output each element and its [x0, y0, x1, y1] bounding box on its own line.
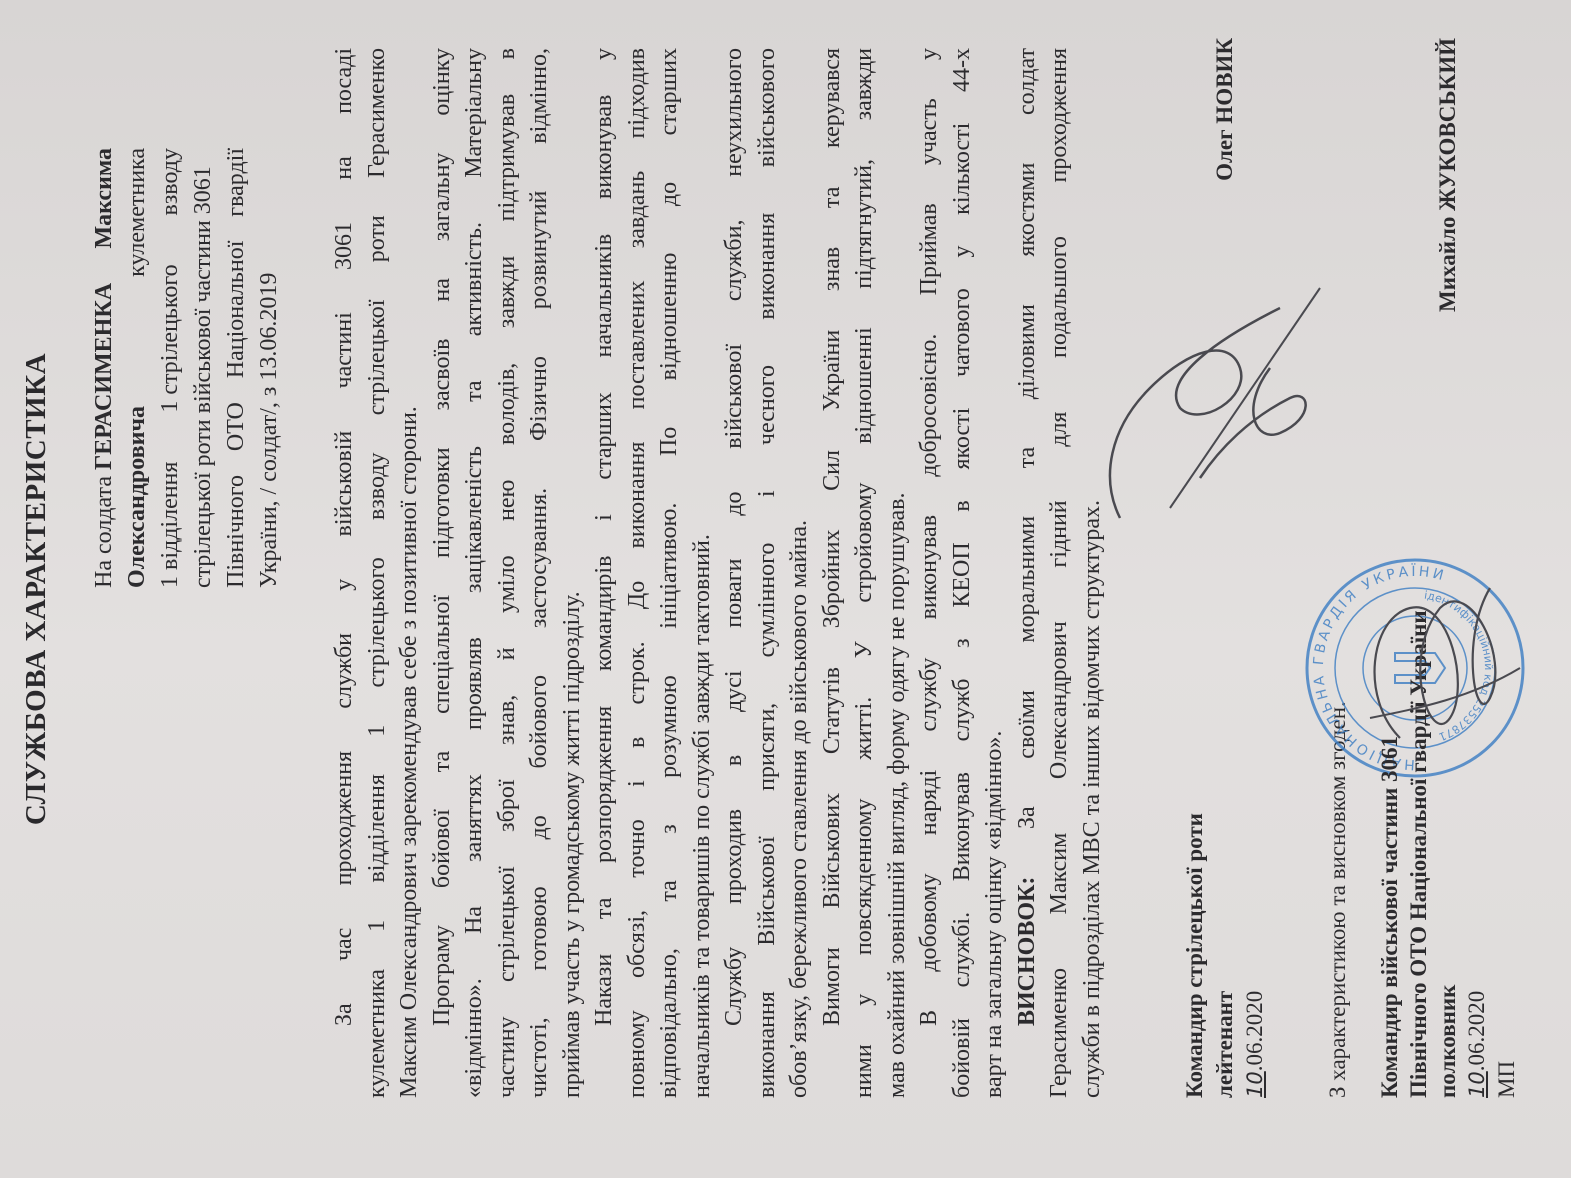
seal-mark: МП — [1492, 1061, 1521, 1098]
conclusion-paragraph: ВИСНОВОК: За своїми моральними та ділови… — [1011, 48, 1109, 1098]
body-paragraph: Накази та розпорядження командирів і ста… — [588, 48, 718, 1098]
body-paragraph: В добовому наряді службу виконував добро… — [913, 48, 1011, 1098]
document-body: За час проходження служби у військовій ч… — [328, 48, 1108, 1098]
signatory2-position-line2: Північного ОТО Національної гвардії Укра… — [1404, 610, 1433, 1098]
header-line-1: На солдата ГЕРАСИМЕНКА Максима — [88, 148, 121, 588]
first-name: Максима — [88, 148, 121, 249]
signatory2-rank: полковник — [1433, 985, 1462, 1098]
signatory1-date: 10.06.2020 — [1240, 991, 1270, 1098]
paragraph-list: За час проходження служби у військовій ч… — [328, 48, 1011, 1098]
signatory2-name: Михайло ЖУКОВСЬКИЙ — [1433, 38, 1462, 312]
signatory-block-1: Командир стрілецької роти лейтенант Олег… — [1180, 38, 1270, 1098]
document-title: СЛУЖБОВА ХАРАКТЕРИСТИКА — [20, 0, 53, 1178]
patronymic: Олександровича — [121, 406, 154, 588]
surname: ГЕРАСИМЕНКА — [91, 283, 117, 470]
agreement-line: З характеристикою та висновком згоден. — [1325, 701, 1351, 1098]
conclusion-label: ВИСНОВОК: — [1014, 877, 1040, 1026]
header-addressee-block: На солдата ГЕРАСИМЕНКА Максима Олександр… — [88, 148, 286, 588]
document-page: СЛУЖБОВА ХАРАКТЕРИСТИКА На солдата ГЕРАС… — [0, 0, 1571, 1178]
signatory1-position: Командир стрілецької роти — [1180, 813, 1210, 1098]
signatory1-name: Олег НОВИК — [1210, 38, 1240, 181]
signatory2-position-line1: Командир військової частини 3061 — [1375, 736, 1404, 1098]
body-paragraph: Програму бойової та спеціальної підготов… — [426, 48, 589, 1098]
header-line-5: Північного ОТО Національної гвардії — [220, 148, 253, 588]
header-line-3: 1 відділення 1 стрілецького взводу — [154, 148, 187, 588]
header-line-4: стрілецької роти військової частини 3061 — [187, 148, 220, 588]
signatory-block-2: Командир військової частини 3061 Північн… — [1375, 38, 1521, 1098]
body-paragraph: Службу проходив в дусі поваги до військо… — [718, 48, 816, 1098]
header-line-2: Олександровича кулеметника — [121, 148, 154, 588]
signatory1-rank: лейтенант — [1210, 991, 1240, 1098]
header-line-6: України, / солдат/, з 13.06.2019 — [253, 148, 286, 588]
signatory2-date: 10.06.2020 — [1462, 991, 1492, 1098]
body-paragraph: Вимоги Військових Статутів Збройних Сил … — [816, 48, 914, 1098]
body-paragraph: За час проходження служби у військовій ч… — [328, 48, 426, 1098]
